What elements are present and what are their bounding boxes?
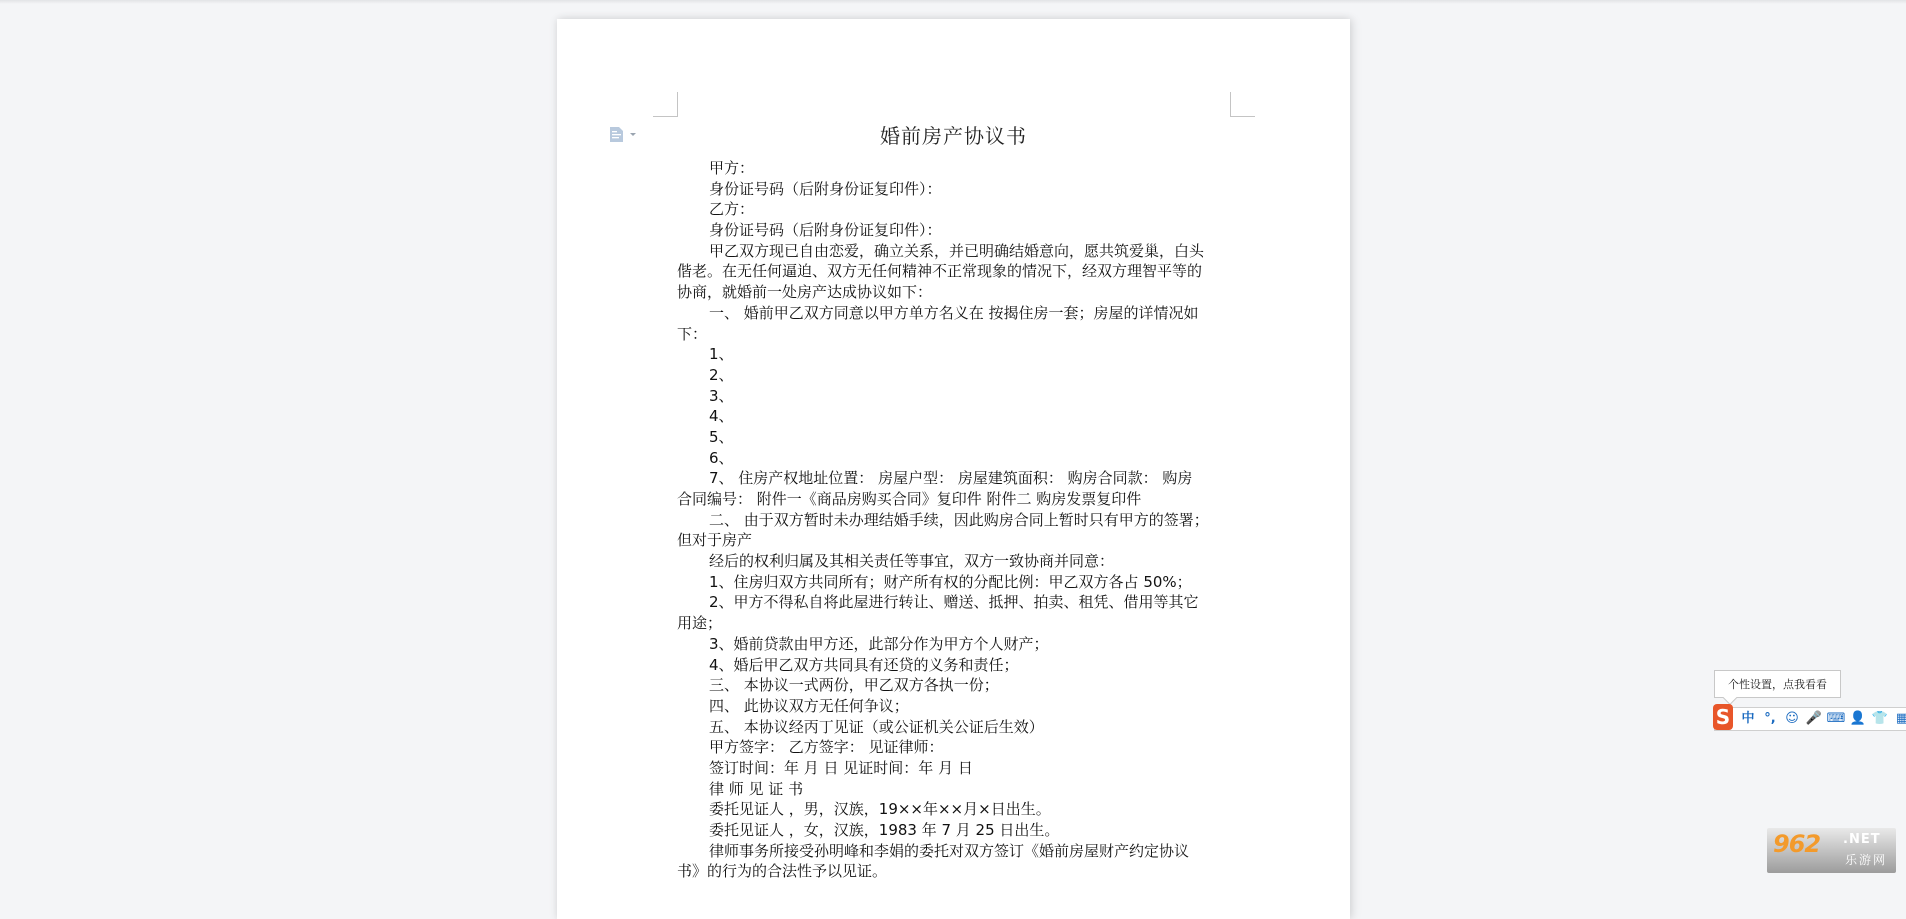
- keyboard-icon[interactable]: ⌨: [1825, 708, 1847, 730]
- emoji-icon[interactable]: ☺: [1781, 708, 1803, 730]
- margin-corner-top-left: [653, 92, 678, 117]
- watermark-number: 962: [1773, 830, 1820, 858]
- document-line: 律师事务所接受孙明峰和李娟的委托对双方签订《婚前房屋财产约定协议: [677, 841, 1233, 862]
- document-line: 甲乙双方现已自由恋爱，确立关系，并已明确结婚意向，愿共筑爱巢，白头: [677, 241, 1233, 262]
- voice-icon[interactable]: 🎤: [1803, 708, 1825, 730]
- document-line: 甲方签字： 乙方签字： 见证律师：: [677, 737, 1233, 758]
- paragraph-layout-icon[interactable]: [610, 127, 623, 142]
- top-shadow: [0, 0, 1906, 4]
- toolbox-icon[interactable]: ▦: [1891, 708, 1906, 730]
- document-line: 但对于房产: [677, 530, 1233, 551]
- document-line: 下：: [677, 324, 1233, 345]
- document-line: 协商，就婚前一处房产达成协议如下：: [677, 282, 1233, 303]
- punctuation-icon[interactable]: °,: [1759, 708, 1781, 730]
- document-line: 书》的行为的合法性予以见证。: [677, 861, 1233, 879]
- document-line: 7、 住房产权地址位置： 房屋户型： 房屋建筑面积： 购房合同款： 购房: [677, 468, 1233, 489]
- document-line: 2、: [677, 365, 1233, 386]
- document-line: 身份证号码（后附身份证复印件）：: [677, 179, 1233, 200]
- watermark-suffix: .NET: [1843, 832, 1881, 847]
- user-icon[interactable]: 👤: [1847, 708, 1869, 730]
- document-line: 甲方：: [677, 158, 1233, 179]
- document-line: 偕老。在无任何逼迫、双方无任何精神不正常现象的情况下，经双方理智平等的: [677, 261, 1233, 282]
- document-line: 律 师 见 证 书: [677, 779, 1233, 800]
- document-line: 5、: [677, 427, 1233, 448]
- sogou-logo-icon[interactable]: S: [1713, 704, 1733, 730]
- document-line: 一、 婚前甲乙双方同意以甲方单方名义在 按揭住房一套；房屋的详情况如: [677, 303, 1233, 324]
- document-line: 3、: [677, 386, 1233, 407]
- document-line: 三、 本协议一式两份，甲乙双方各执一份；: [677, 675, 1233, 696]
- document-line: 1、住房归双方共同所有；财产所有权的分配比例：甲乙双方各占 50%；: [677, 572, 1233, 593]
- document-body[interactable]: 甲方：身份证号码（后附身份证复印件）：乙方：身份证号码（后附身份证复印件）：甲乙…: [677, 158, 1233, 879]
- document-title: 婚前房产协议书: [677, 123, 1230, 149]
- document-line: 1、: [677, 344, 1233, 365]
- document-line: 2、甲方不得私自将此屋进行转让、赠送、抵押、拍卖、租凭、借用等其它: [677, 592, 1233, 613]
- document-line: 委托见证人 ，女，汉族，1983 年 7 月 25 日出生。: [677, 820, 1233, 841]
- document-line: 乙方：: [677, 199, 1233, 220]
- document-line: 用途；: [677, 613, 1233, 634]
- skin-icon[interactable]: 👕: [1869, 708, 1891, 730]
- document-page[interactable]: 婚前房产协议书 甲方：身份证号码（后附身份证复印件）：乙方：身份证号码（后附身份…: [557, 19, 1350, 879]
- dropdown-arrow-icon[interactable]: [630, 133, 636, 136]
- ime-tooltip: 个性设置，点我看看: [1714, 670, 1841, 698]
- document-line: 二、 由于双方暂时未办理结婚手续，因此购房合同上暂时只有甲方的签署；: [677, 510, 1233, 531]
- margin-corner-top-right: [1230, 92, 1255, 117]
- document-line: 合同编号： 附件一《商品房购买合同》复印件 附件二 购房发票复印件: [677, 489, 1233, 510]
- document-line: 经后的权利归属及其相关责任等事宜，双方一致协商并同意：: [677, 551, 1233, 572]
- document-line: 四、 此协议双方无任何争议；: [677, 696, 1233, 717]
- document-line: 3、婚前贷款由甲方还，此部分作为甲方个人财产；: [677, 634, 1233, 655]
- ime-toolbar[interactable]: S 中°,☺🎤⌨👤👕▦: [1714, 707, 1906, 731]
- document-line: 6、: [677, 448, 1233, 469]
- document-line: 身份证号码（后附身份证复印件）：: [677, 220, 1233, 241]
- document-line: 4、婚后甲乙双方共同具有还贷的义务和责任；: [677, 655, 1233, 676]
- document-line: 签订时间：年 月 日 见证时间：年 月 日: [677, 758, 1233, 779]
- watermark-site-name: 乐游网: [1845, 851, 1887, 868]
- chinese-mode-icon[interactable]: 中: [1737, 708, 1759, 730]
- document-line: 五、 本协议经丙丁见证（或公证机关公证后生效）: [677, 717, 1233, 738]
- site-watermark: 962 .NET 乐游网: [1767, 828, 1896, 873]
- document-line: 委托见证人 ，男，汉族，19××年××月×日出生。: [677, 799, 1233, 820]
- document-line: 4、: [677, 406, 1233, 427]
